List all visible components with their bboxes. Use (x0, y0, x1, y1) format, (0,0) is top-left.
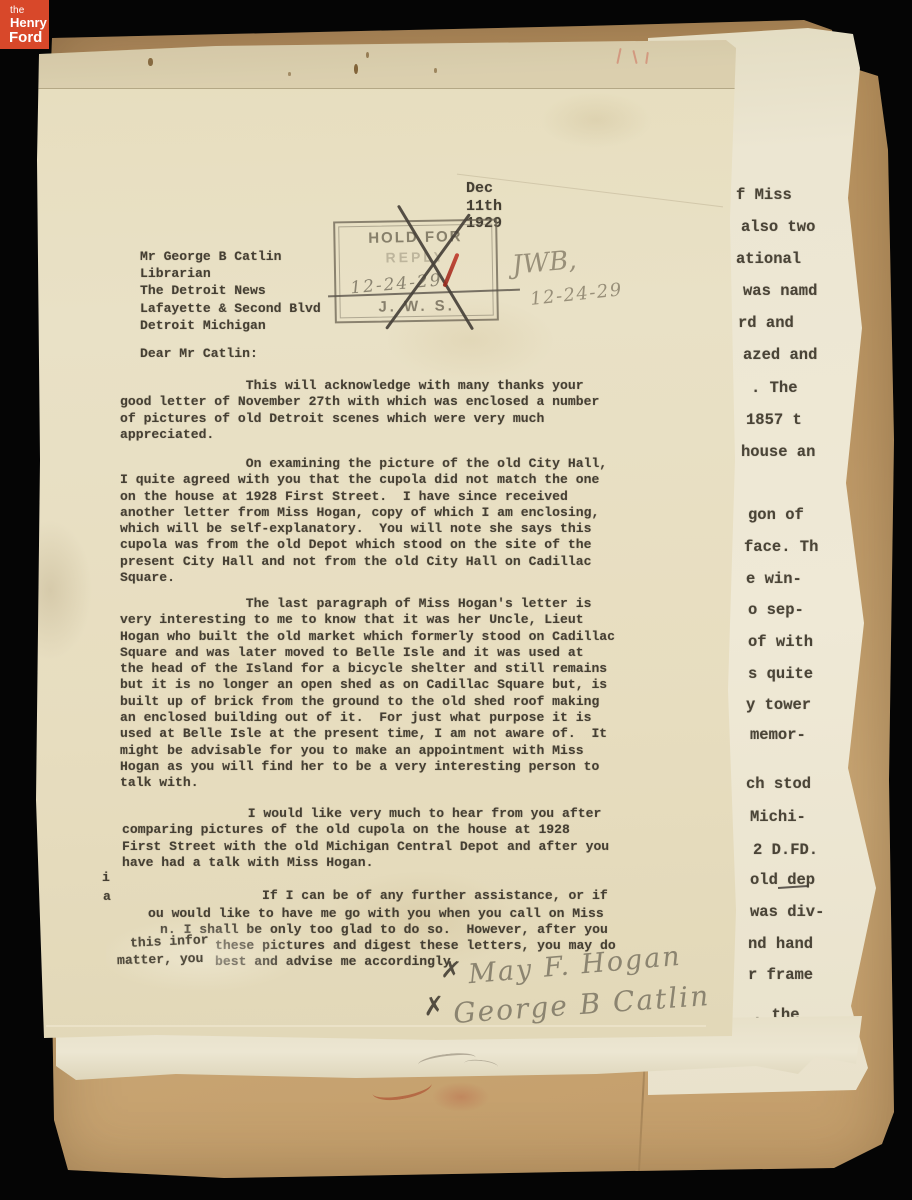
typed-line: of pictures of old Detroit scenes which … (120, 411, 599, 427)
typed-line: Square and was later moved to Belle Isle… (120, 645, 615, 661)
typed-line: I would like very much to hear from you … (122, 806, 609, 822)
typed-line: built up of brick from the ground to the… (120, 694, 615, 710)
typed-line: First Street with the old Michigan Centr… (122, 839, 609, 855)
typed-line: Hogan as you will find her to be a very … (120, 759, 615, 775)
stamp-line2: REPLY (336, 248, 496, 267)
typed-line: Dec (466, 180, 502, 198)
signature-x-mark: ✗ (440, 955, 463, 985)
typed-line: The last paragraph of Miss Hogan's lette… (120, 596, 615, 612)
paragraph-4: I would like very much to hear from you … (122, 806, 609, 871)
fragment-line: s quite (748, 665, 813, 683)
paragraph-1: This will acknowledge with many thanks y… (120, 378, 599, 443)
typed-line: but it is no longer an open shed as on C… (120, 677, 615, 693)
typed-line: Librarian (140, 265, 321, 282)
typed-line: talk with. (120, 775, 615, 791)
fragment-line: gon of (748, 506, 804, 524)
typed-line: I quite agreed with you that the cupola … (120, 472, 607, 488)
fragment-line: rd and (738, 314, 794, 332)
typed-line: This will acknowledge with many thanks y… (120, 378, 599, 394)
fragment-line: was namd (743, 282, 817, 300)
rust-speck (288, 72, 291, 76)
letter-page: Dec11th1929 HOLD FOR REPLY 12-24-29 J. W… (36, 40, 736, 1040)
typed-line: present City Hall and not from the old C… (120, 554, 607, 570)
photograph-canvas: { "branding": {"the": "the", "line1": "H… (0, 0, 912, 1200)
logo-henry: Henry (10, 15, 47, 30)
typed-line: appreciated. (120, 427, 599, 443)
rust-speck (434, 68, 437, 73)
signature-x-mark: ✗ (422, 991, 446, 1022)
rust-speck (354, 64, 358, 74)
typed-line: very interesting to me to know that it w… (120, 612, 615, 628)
fragment-line: also two (741, 218, 815, 236)
paragraph-2: On examining the picture of the old City… (120, 456, 607, 586)
typed-line: cupola was from the old Depot which stoo… (120, 537, 607, 553)
typed-line: Square. (120, 570, 607, 586)
fragment-line: . The (751, 379, 798, 397)
fold-crease (46, 1025, 706, 1027)
red-ink-stain (432, 1082, 490, 1112)
typed-line: comparing pictures of the old cupola on … (122, 822, 609, 838)
rust-speck (148, 58, 153, 66)
pencil-initials: JWB, (511, 245, 578, 281)
stray-character: a (103, 889, 111, 904)
typed-line: Hogan who built the old market which for… (120, 629, 615, 645)
typed-line: used at Belle Isle at the present time, … (120, 726, 615, 742)
fragment-line: 1857 t (746, 411, 802, 429)
recipient-address: Mr George B CatlinLibrarianThe Detroit N… (140, 248, 321, 334)
fragment-line: house an (741, 443, 815, 461)
salutation: Dear Mr Catlin: (140, 346, 258, 361)
typed-line: The Detroit News (140, 282, 321, 299)
fragment-line: f Miss (736, 186, 792, 204)
typed-line: might be advisable for you to make an ap… (120, 743, 615, 759)
typed-line: have had a talk with Miss Hogan. (122, 855, 609, 871)
fragment-line: 2 D.FD. (753, 841, 818, 859)
fragment-line: memor- (750, 726, 806, 744)
fragment-line: azed and (743, 346, 817, 364)
fragment-line: was div- (750, 903, 824, 921)
under-sheet-fragment: matter, you (117, 951, 204, 968)
pencil-date: 12-24-29 (529, 279, 624, 310)
typed-line: an enclosed building out of it. For just… (120, 710, 615, 726)
stray-character: i (102, 870, 110, 885)
stamp-initials: J. W. S. (336, 297, 496, 317)
typed-line: good letter of November 27th with which … (120, 394, 599, 410)
typed-line: 11th (466, 198, 502, 216)
typed-line: Lafayette & Second Blvd (140, 300, 321, 317)
typed-line: another letter from Miss Hogan, copy of … (120, 505, 607, 521)
henry-ford-logo: the Henry Ford (0, 0, 49, 49)
typed-line: On examining the picture of the old City… (120, 456, 607, 472)
fragment-line: ch stod (746, 775, 811, 793)
fragment-line: nd hand (748, 935, 813, 953)
typed-line: the head of the Island for a bicycle she… (120, 661, 615, 677)
fragment-line: of with (748, 633, 813, 651)
fragment-line: o sep- (748, 601, 804, 619)
typed-line: Detroit Michigan (140, 317, 321, 334)
fragment-line: face. Th (744, 538, 818, 556)
pencil-scribble (464, 1058, 499, 1071)
paragraph-3: The last paragraph of Miss Hogan's lette… (120, 596, 615, 792)
typed-line: on the house at 1928 First Street. I hav… (120, 489, 607, 505)
red-pen-mark (371, 1073, 434, 1104)
fragment-line: y tower (746, 696, 811, 714)
fragment-line: ational (736, 250, 801, 268)
typed-line: Mr George B Catlin (140, 248, 321, 265)
logo-ford: Ford (9, 29, 42, 46)
rust-speck (366, 52, 369, 58)
paragraph-5-line: If I can be of any further assistance, o… (262, 888, 608, 903)
fragment-line: r frame (748, 966, 813, 984)
fragment-line: e win- (746, 570, 802, 588)
typed-line: which will be self-explanatory. You will… (120, 521, 607, 537)
paragraph-5-line: ou would like to have me go with you whe… (148, 906, 604, 921)
fragment-line: Michi- (750, 808, 806, 826)
